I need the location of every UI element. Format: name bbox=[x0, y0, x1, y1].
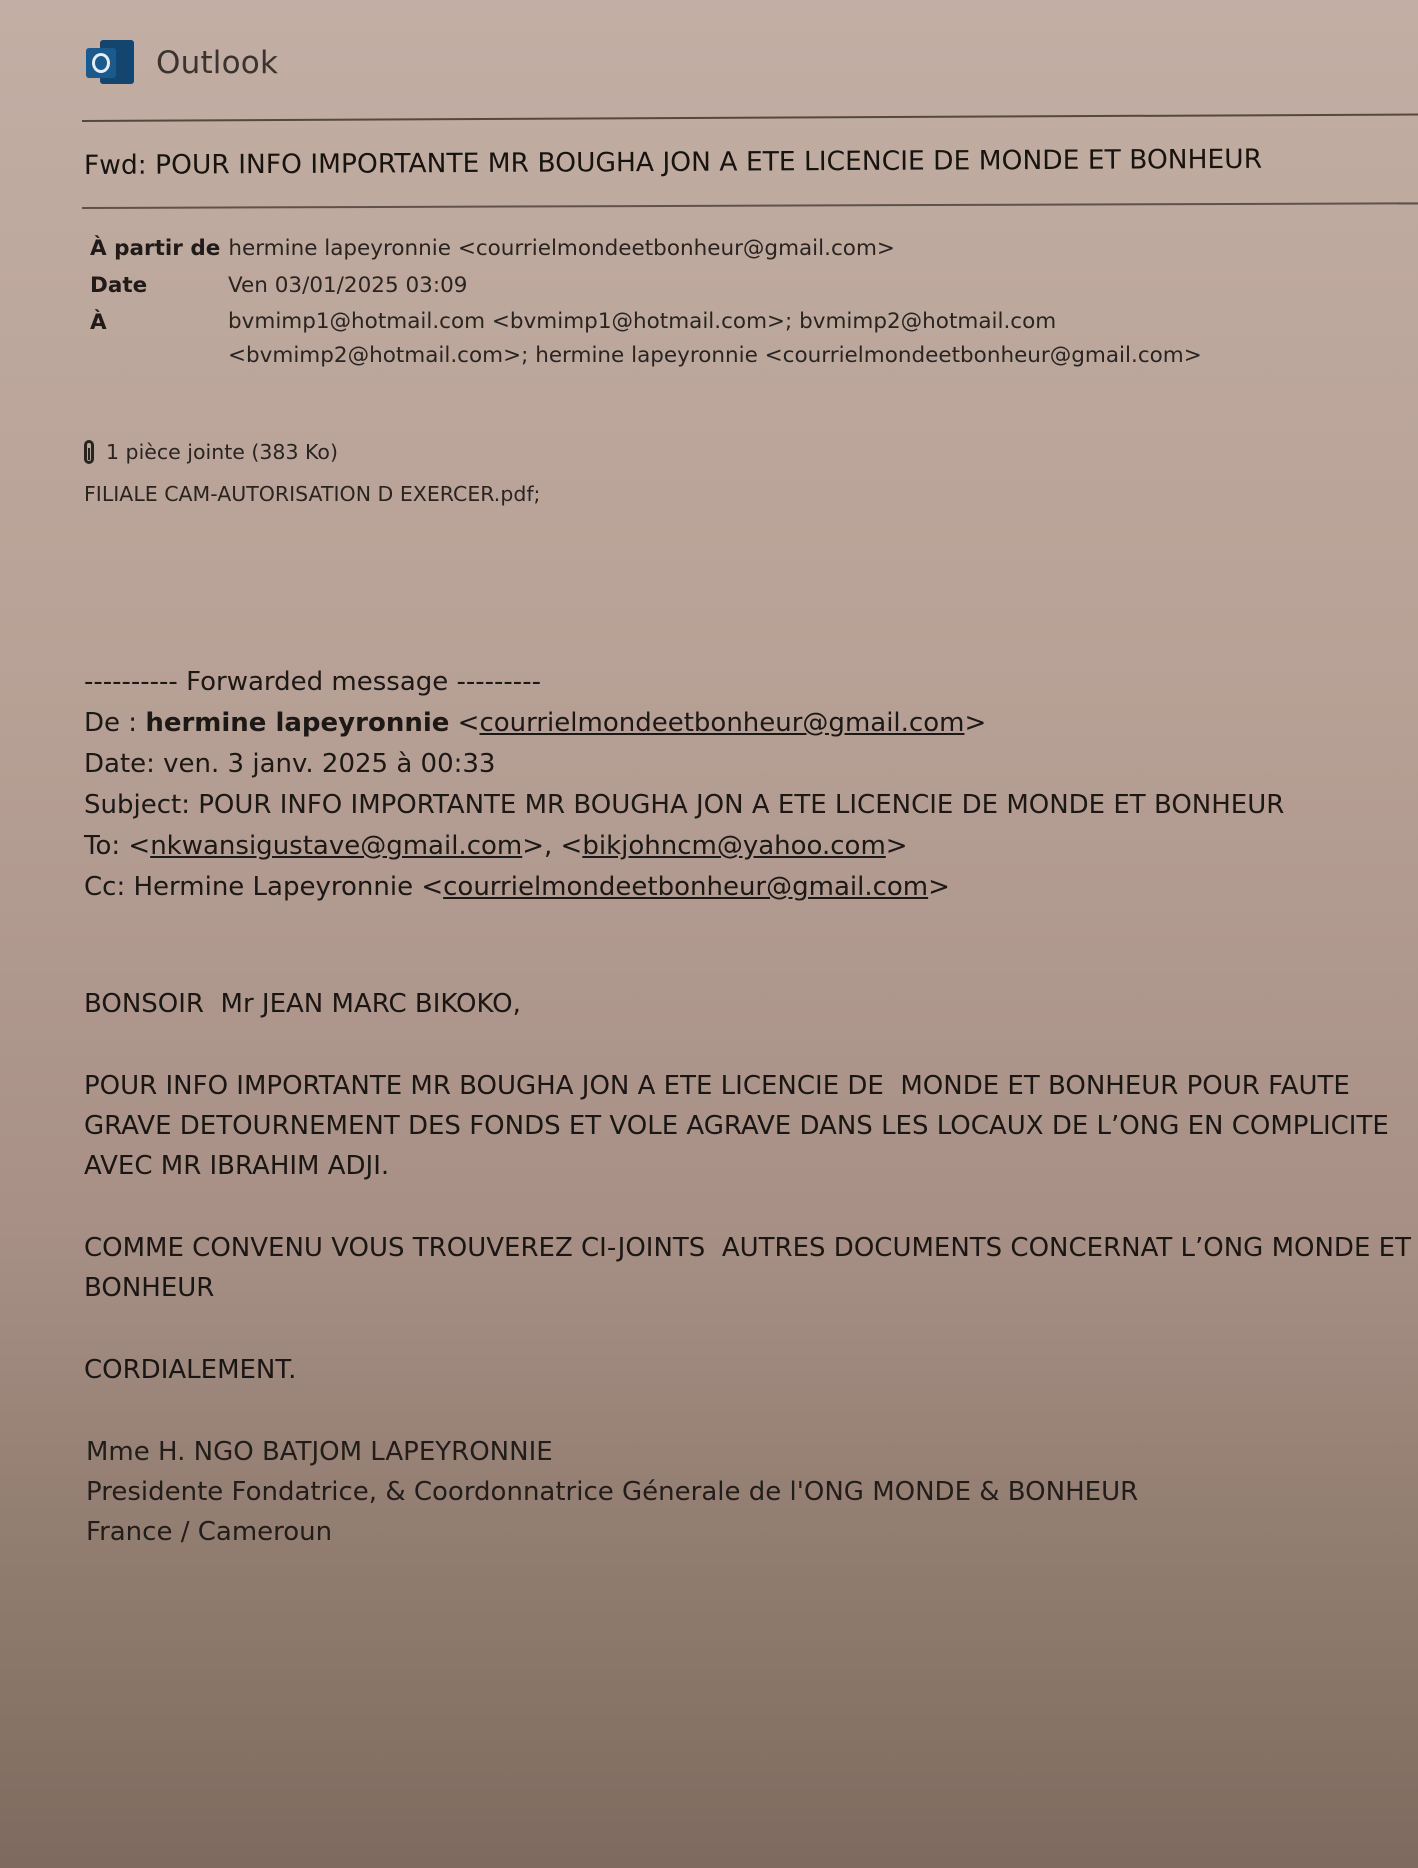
forwarded-from-label: De : bbox=[84, 708, 137, 738]
signature: Mme H. NGO BATJOM LAPEYRONNIE Presidente… bbox=[86, 1432, 1138, 1552]
closing: CORDIALEMENT. bbox=[84, 1350, 1414, 1390]
forwarded-to: To: <nkwansigustave@gmail.com>, <bikjohn… bbox=[84, 826, 1284, 867]
header-to-row: À bvmimp1@hotmail.com <bvmimp1@hotmail.c… bbox=[90, 310, 1378, 373]
forwarded-subject: Subject: POUR INFO IMPORTANTE MR BOUGHA … bbox=[84, 785, 1284, 826]
body-paragraph: POUR INFO IMPORTANTE MR BOUGHA JON A ETE… bbox=[84, 1066, 1414, 1186]
forwarded-cc: Cc: Hermine Lapeyronnie <courrielmondeet… bbox=[84, 867, 1284, 908]
forwarded-cc-name: Hermine Lapeyronnie bbox=[133, 872, 413, 902]
to-value: bvmimp1@hotmail.com <bvmimp1@hotmail.com… bbox=[228, 305, 1378, 373]
signature-name: Mme H. NGO BATJOM LAPEYRONNIE bbox=[86, 1432, 1138, 1472]
to-label: À bbox=[90, 310, 228, 373]
printed-email-page: Outlook Fwd: POUR INFO IMPORTANTE MR BOU… bbox=[0, 0, 1418, 1868]
attachment-count: 1 pièce jointe (383 Ko) bbox=[106, 440, 338, 464]
forwarded-separator: ---------- Forwarded message --------- bbox=[84, 662, 1284, 703]
header-divider bbox=[82, 113, 1418, 122]
body-paragraph: COMME CONVENU VOUS TROUVEREZ CI-JOINTS A… bbox=[84, 1228, 1414, 1308]
signature-location: France / Cameroun bbox=[86, 1512, 1138, 1552]
attachments-section: 1 pièce jointe (383 Ko) FILIALE CAM-AUTO… bbox=[84, 440, 540, 506]
forwarded-from: De : hermine lapeyronnie <courrielmondee… bbox=[84, 703, 1284, 744]
forwarded-from-email-link[interactable]: courrielmondeetbonheur@gmail.com bbox=[479, 708, 964, 738]
attachment-summary: 1 pièce jointe (383 Ko) bbox=[84, 440, 540, 464]
from-value: hermine lapeyronnie <courrielmondeetbonh… bbox=[228, 236, 895, 261]
app-name: Outlook bbox=[156, 45, 278, 81]
email-body: BONSOIR Mr JEAN MARC BIKOKO, POUR INFO I… bbox=[84, 984, 1414, 1432]
greeting: BONSOIR Mr JEAN MARC BIKOKO, bbox=[84, 984, 1414, 1024]
email-headers: À partir de hermine lapeyronnie <courrie… bbox=[90, 236, 1378, 385]
header-from-row: À partir de hermine lapeyronnie <courrie… bbox=[90, 236, 1378, 261]
subject-divider bbox=[82, 202, 1418, 209]
signature-title: Presidente Fondatrice, & Coordonnatrice … bbox=[86, 1472, 1138, 1512]
forwarded-date: Date: ven. 3 janv. 2025 à 00:33 bbox=[84, 744, 1284, 785]
date-label: Date bbox=[90, 273, 228, 298]
attachment-file[interactable]: FILIALE CAM-AUTORISATION D EXERCER.pdf; bbox=[84, 482, 540, 506]
app-header: Outlook bbox=[86, 40, 278, 86]
forwarded-cc-label: Cc: bbox=[84, 872, 125, 902]
forwarded-from-name: hermine lapeyronnie bbox=[145, 708, 449, 738]
forwarded-to-email-link[interactable]: bikjohncm@yahoo.com bbox=[582, 831, 885, 861]
to-value-line-2: <bvmimp2@hotmail.com>; hermine lapeyronn… bbox=[228, 339, 1378, 373]
date-value: Ven 03/01/2025 03:09 bbox=[228, 273, 467, 298]
forwarded-cc-email-link[interactable]: courrielmondeetbonheur@gmail.com bbox=[443, 872, 928, 902]
forwarded-to-email-link[interactable]: nkwansigustave@gmail.com bbox=[150, 831, 522, 861]
forwarded-to-label: To: bbox=[84, 831, 120, 861]
forwarded-message-header: ---------- Forwarded message --------- D… bbox=[84, 662, 1284, 908]
email-subject: Fwd: POUR INFO IMPORTANTE MR BOUGHA JON … bbox=[84, 144, 1262, 181]
from-label: À partir de bbox=[90, 236, 220, 261]
header-date-row: Date Ven 03/01/2025 03:09 bbox=[90, 273, 1378, 298]
outlook-icon bbox=[86, 40, 136, 86]
to-value-line-1: bvmimp1@hotmail.com <bvmimp1@hotmail.com… bbox=[228, 305, 1378, 339]
paperclip-icon bbox=[84, 440, 94, 464]
